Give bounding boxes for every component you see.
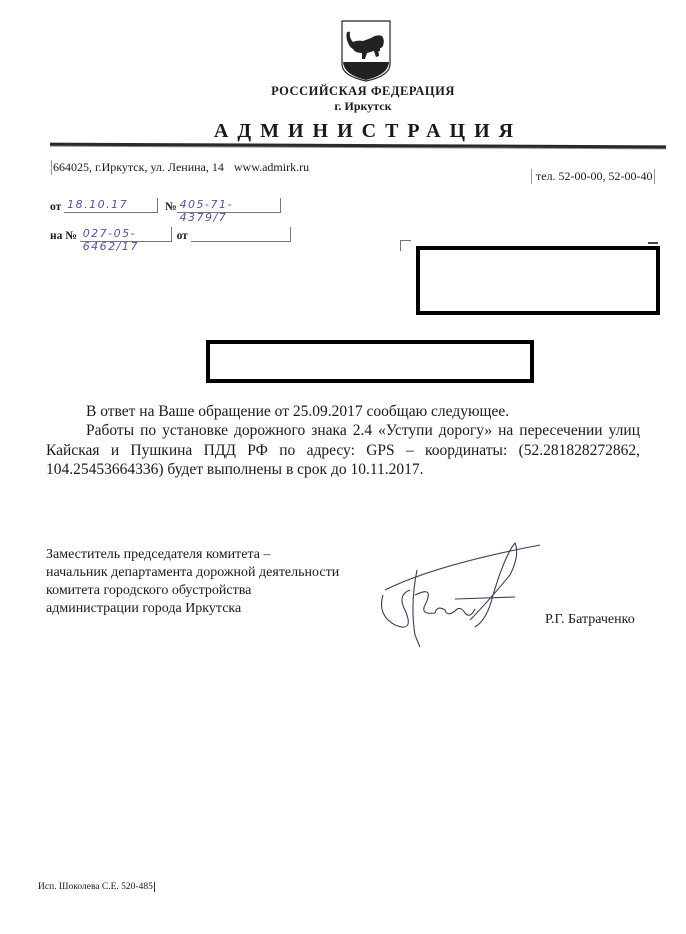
reply-to-field[interactable]: 027-05-6462/17 (80, 227, 172, 242)
number-label: № (165, 201, 177, 213)
date-field[interactable]: 18.10.17 (64, 198, 158, 213)
executor-note: Исп. Шоколева С.Е. 520-485 (38, 882, 155, 892)
phone-numbers: тел. 52-00-00, 52-00-40 (531, 169, 655, 184)
reply-registration-row: на № 027-05-6462/17 от (50, 227, 291, 242)
coat-of-arms-icon (341, 20, 391, 82)
signatory-title-line: комитета городского обустройства (46, 582, 339, 600)
signatory-title-line: начальник департамента дорожной деятельн… (46, 564, 339, 582)
postal-address: 664025, г.Иркутск, ул. Ленина, 14 (53, 160, 224, 174)
addressee-redaction-box (206, 340, 534, 383)
body-paragraph-2: Работы по установке дорожного знака 2.4 … (46, 421, 640, 480)
address-line: 664025, г.Иркутск, ул. Ленина, 14www.adm… (51, 160, 309, 175)
address-corner-mark (400, 240, 411, 251)
signatory-title: Заместитель председателя комитета – нача… (46, 546, 339, 618)
signatory-title-line: Заместитель председателя комитета – (46, 546, 339, 564)
letterhead-divider (50, 143, 666, 149)
recipient-redaction-box (416, 246, 660, 315)
reply-to-label: на № (50, 230, 77, 242)
executor-text: Исп. Шоколева С.Е. 520-485 (38, 882, 155, 892)
organization-heading: АДМИНИСТРАЦИЯ (0, 120, 686, 143)
country-heading: РОССИЙСКАЯ ФЕДЕРАЦИЯ (0, 84, 686, 99)
handwritten-signature-icon (375, 535, 545, 650)
reply-date-label: от (177, 230, 188, 242)
website-link[interactable]: www.admirk.ru (234, 160, 309, 174)
signer-name: Р.Г. Батраченко (545, 612, 635, 628)
signatory-title-line: администрации города Иркутска (46, 600, 339, 618)
number-field[interactable]: 405-71-4379/7 (177, 198, 281, 213)
body-paragraph-1: В ответ на Ваше обращение от 25.09.2017 … (46, 402, 640, 422)
date-label: от (50, 201, 61, 213)
outgoing-registration-row: от 18.10.17 №405-71-4379/7 (50, 198, 281, 213)
city-heading: г. Иркутск (0, 99, 686, 114)
reply-date-field[interactable] (191, 227, 291, 242)
